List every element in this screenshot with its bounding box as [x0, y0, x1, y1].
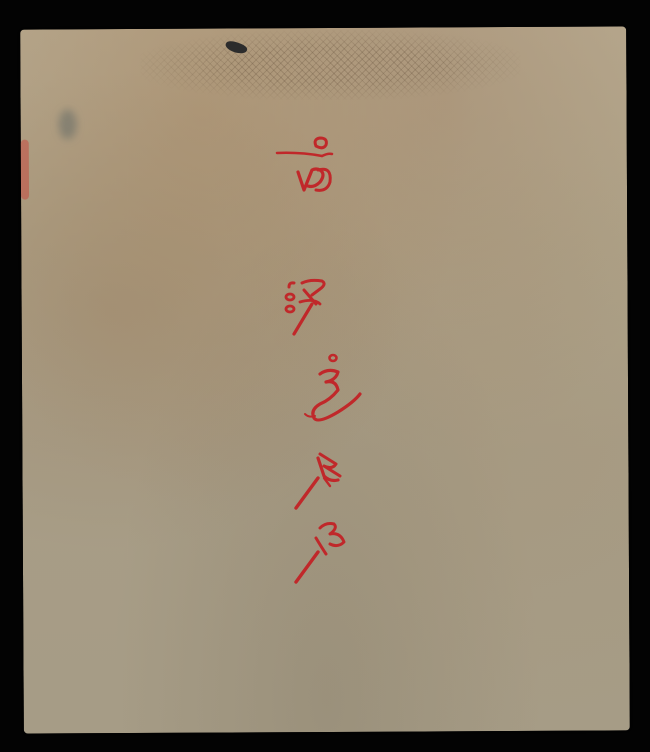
red-tibetan-inscription [0, 0, 650, 752]
syllable-ha [296, 524, 344, 583]
syllable-hrih [286, 280, 324, 334]
syllable-om [277, 138, 332, 190]
syllable-yu [305, 355, 360, 420]
syllable-hra [296, 454, 340, 508]
